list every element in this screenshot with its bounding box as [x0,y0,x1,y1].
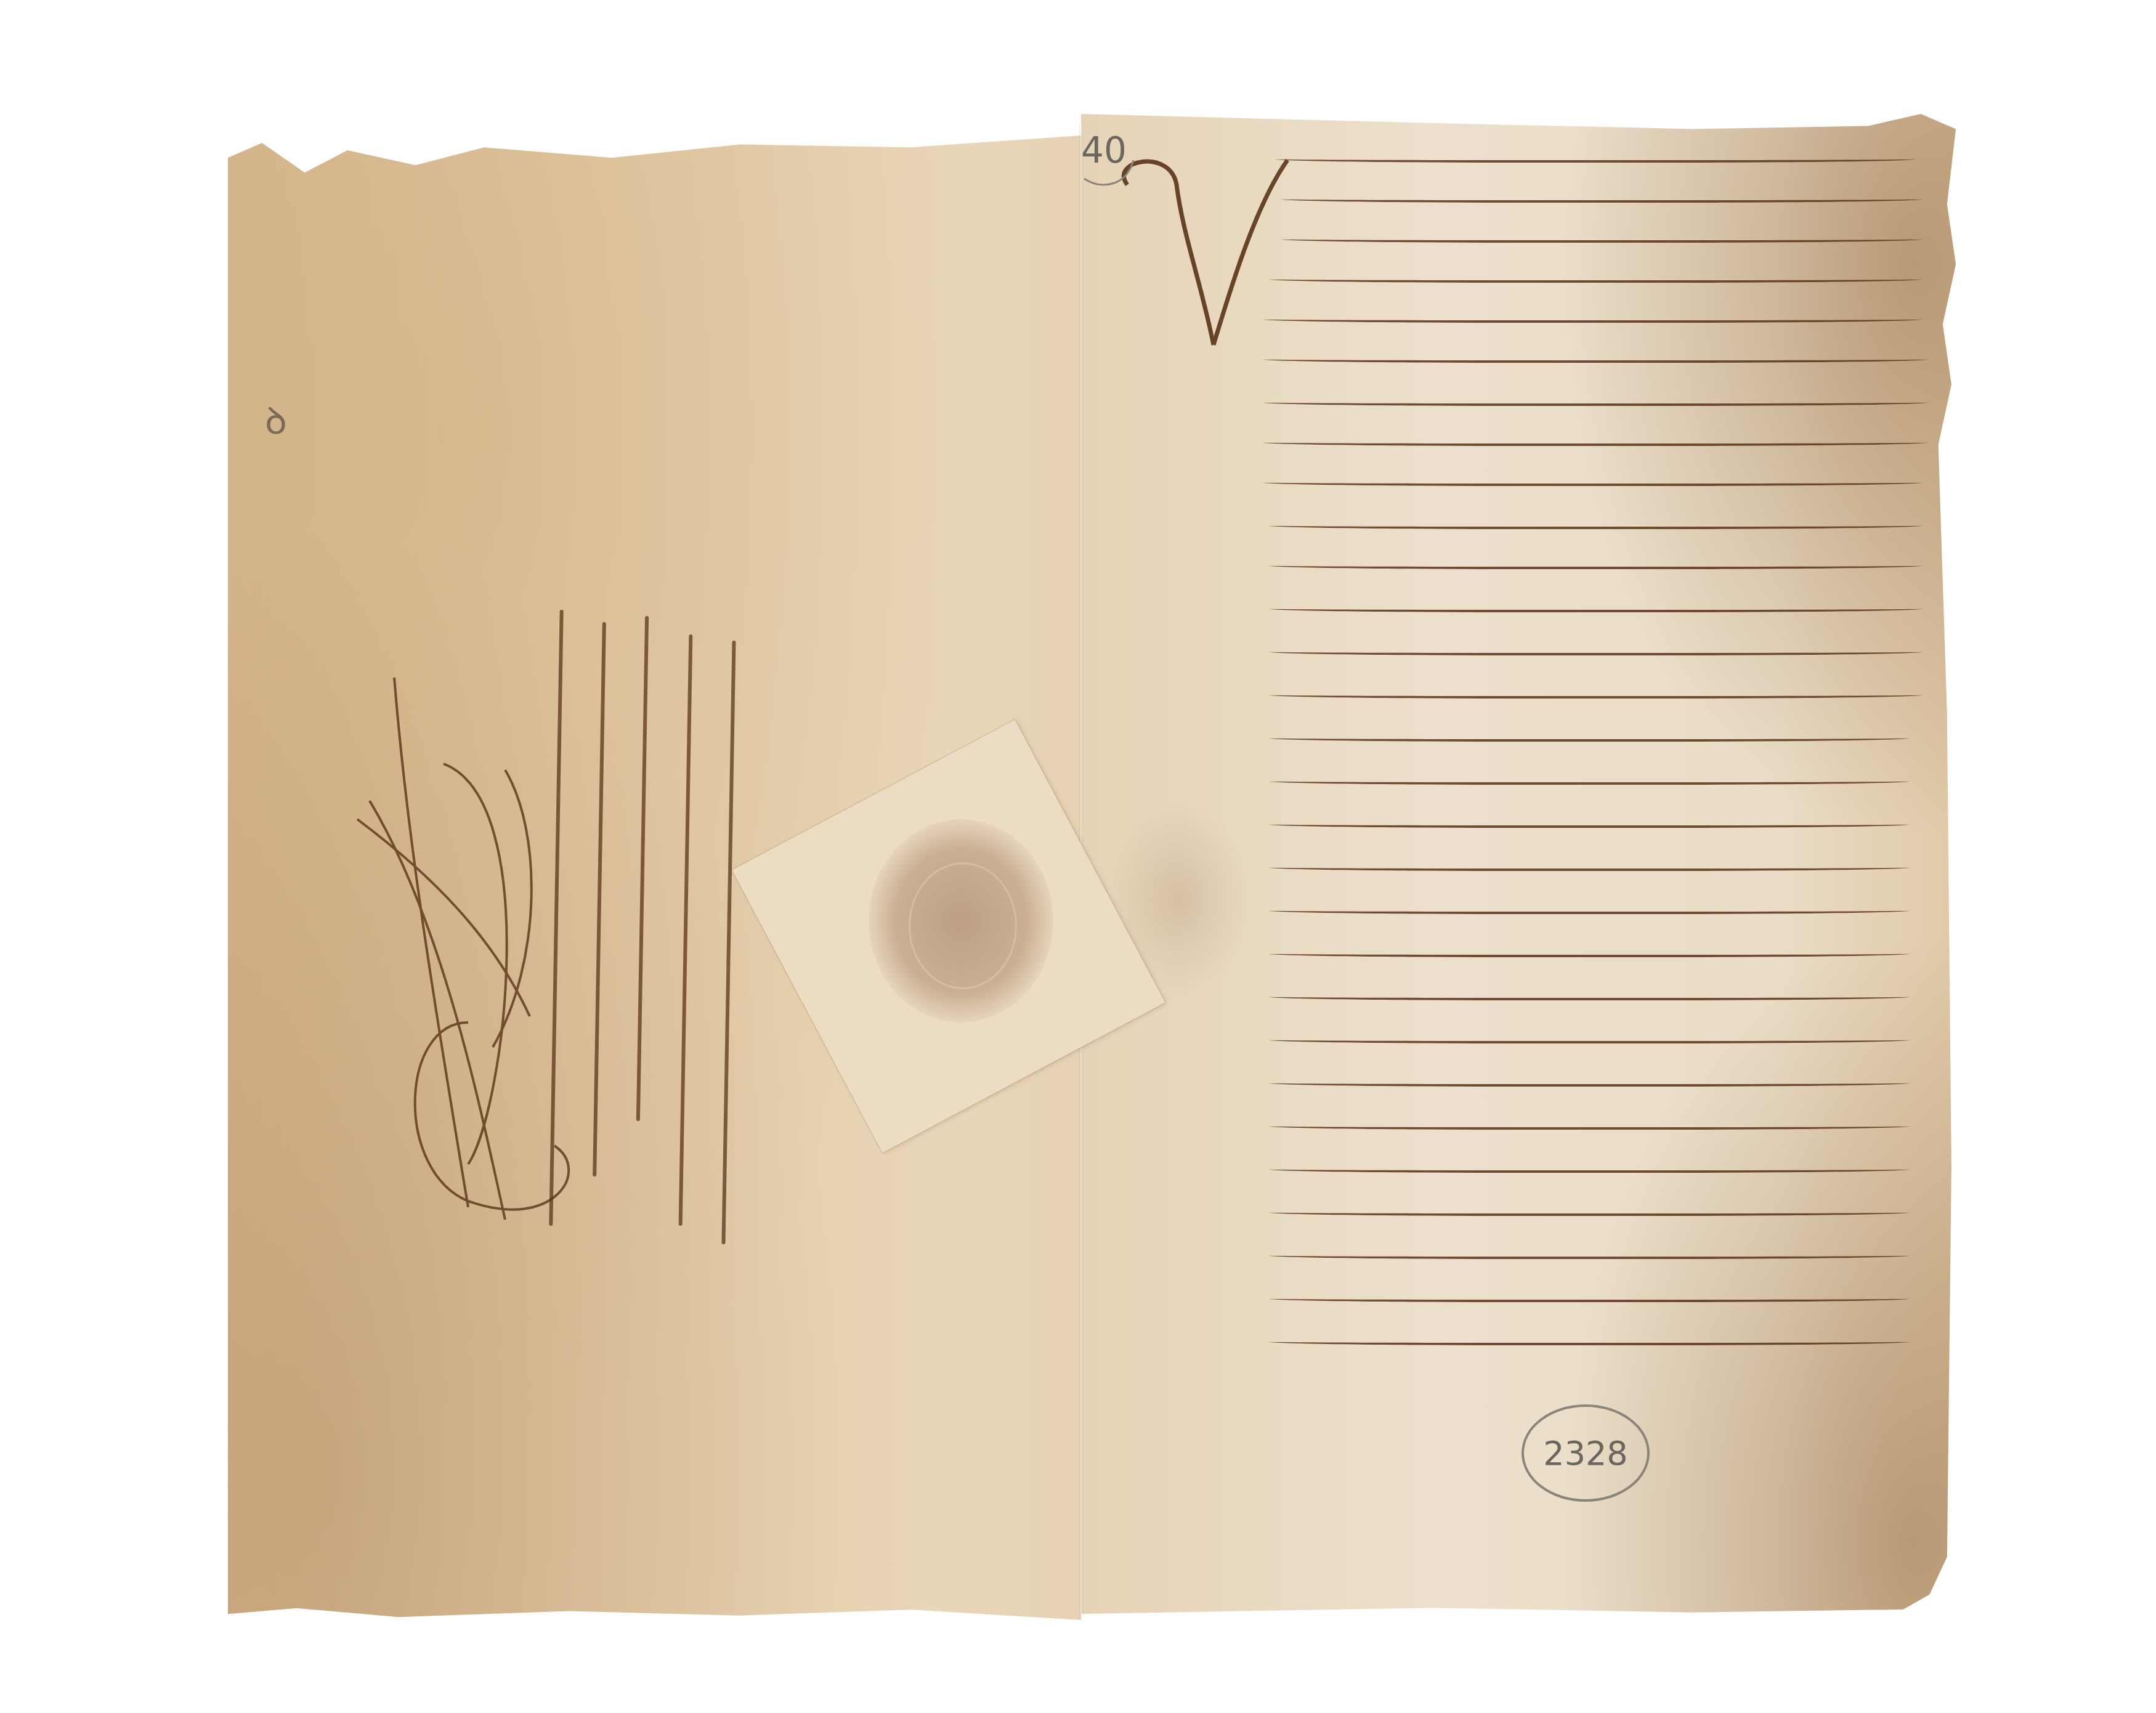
text-line [1269,1035,1910,1043]
text-line [1263,477,1922,486]
text-line [1263,437,1928,446]
archive-number-stamp: 2328 [1522,1404,1650,1502]
text-line [1269,690,1922,699]
text-line [1269,561,1922,569]
text-line [1269,992,1910,1000]
text-line [1275,154,1916,163]
text-line [1269,1250,1910,1259]
text-line [1269,647,1922,655]
folio-number: 40 [1081,129,1127,171]
text-line [1269,819,1910,828]
text-line [1281,234,1922,243]
text-line [1263,354,1928,363]
text-line [1281,194,1922,203]
seal-emboss-ring [909,862,1017,989]
text-line [1269,1337,1910,1345]
manuscript-photo: ꝺ [0,0,2156,1713]
archive-number: 2328 [1543,1434,1627,1473]
text-line [1263,397,1928,406]
text-line [1269,776,1910,785]
text-line [1269,1164,1910,1173]
text-line [1269,1121,1910,1130]
text-line [1269,733,1910,742]
text-line [1269,1294,1910,1302]
text-line [1269,1207,1910,1216]
text-line [1269,949,1910,957]
text-line [1269,604,1922,612]
text-line [1263,314,1922,323]
text-line [1269,520,1922,529]
text-line [1269,862,1910,871]
text-line [1269,1078,1910,1087]
text-line [1269,905,1910,914]
text-line [1269,274,1922,283]
